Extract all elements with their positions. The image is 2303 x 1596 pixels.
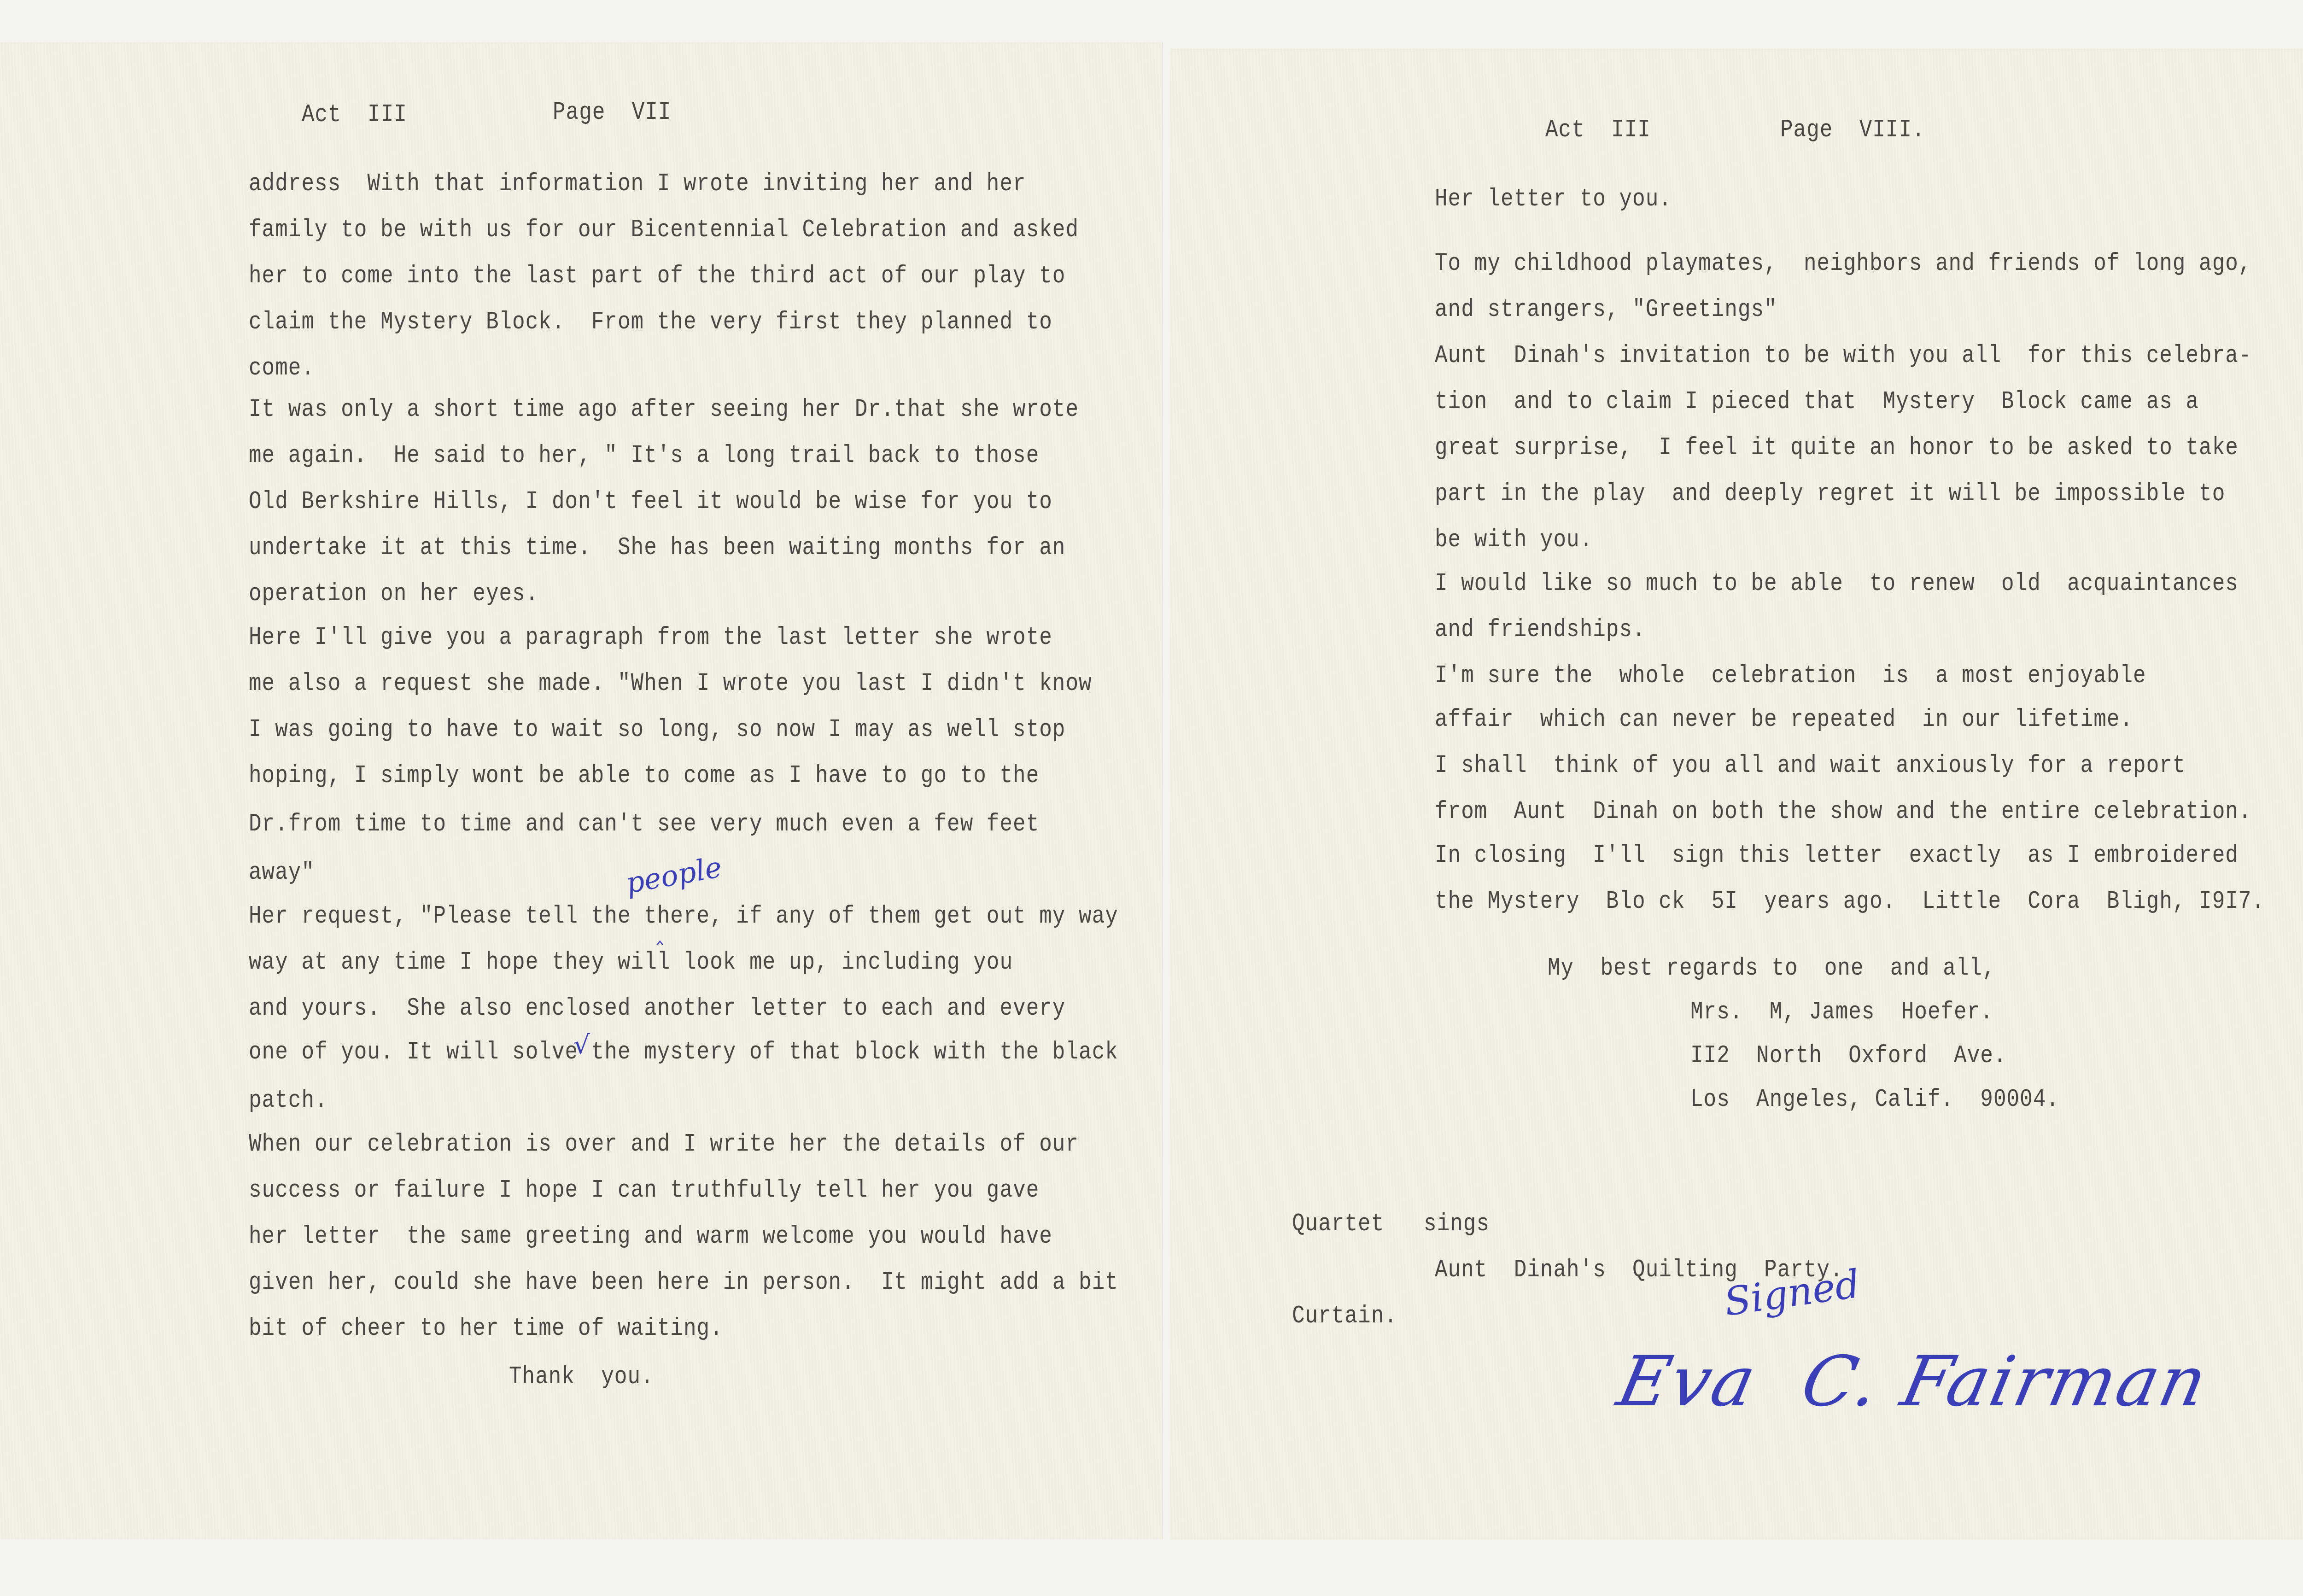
text-line: her letter the same greeting and warm we…	[249, 1224, 1052, 1249]
page-number: Page VII	[553, 100, 671, 125]
text-line: come.	[249, 356, 315, 380]
letter-line: To my childhood playmates, neighbors and…	[1435, 251, 2251, 276]
letter-line: and friendships.	[1435, 617, 1646, 642]
closing-thank-you: Thank you.	[509, 1364, 654, 1389]
text-line: one of you. It will solve the mystery of…	[249, 1040, 1118, 1064]
address-city: Los Angeles, Calif. 90004.	[1690, 1087, 2059, 1112]
letter-line: In closing I'll sign this letter exactly…	[1435, 843, 2239, 868]
letter-line: affair which can never be repeated in ou…	[1435, 707, 2133, 732]
text-line: her to come into the last part of the th…	[249, 263, 1065, 288]
text-line: operation on her eyes.	[249, 581, 538, 606]
letter-line: I would like so much to be able to renew…	[1435, 571, 2239, 596]
text-line: Her request, "Please tell the there, if …	[249, 904, 1118, 929]
text-line: It was only a short time ago after seein…	[249, 397, 1079, 422]
text-line: family to be with us for our Bicentennia…	[249, 217, 1079, 242]
text-line: Dr.from time to time and can't see very …	[249, 812, 1039, 836]
text-line: undertake it at this time. She has been …	[249, 535, 1065, 560]
handwritten-insert-people: people	[624, 853, 724, 898]
letter-line: and strangers, "Greetings"	[1435, 297, 1777, 322]
letter-intro: Her letter to you.	[1435, 187, 1672, 211]
text-line: I was going to have to wait so long, so …	[249, 717, 1065, 742]
text-line: way at any time I hope they will look me…	[249, 950, 1013, 975]
text-line: bit of cheer to her time of waiting.	[249, 1316, 723, 1341]
text-line: away"	[249, 860, 315, 885]
letter-line: be with you.	[1435, 527, 1593, 552]
text-line: Here I'll give you a paragraph from the …	[249, 625, 1052, 650]
act-label: Act III	[302, 102, 407, 127]
text-line: Old Berkshire Hills, I don't feel it wou…	[249, 489, 1052, 514]
text-line: given her, could she have been here in p…	[249, 1270, 1118, 1295]
text-line: address With that information I wrote in…	[249, 171, 1026, 196]
letter-line: tion and to claim I pieced that Mystery …	[1435, 389, 2199, 414]
address-street: II2 North Oxford Ave.	[1690, 1043, 2007, 1068]
letter-line: Aunt Dinah's invitation to be with you a…	[1435, 343, 2251, 368]
letter-line: great surprise, I feel it quite an honor…	[1435, 435, 2239, 460]
text-line: me again. He said to her, " It's a long …	[249, 443, 1039, 468]
left-page: Act III Page VII address With that infor…	[0, 42, 1163, 1539]
regards-line: My best regards to one and all,	[1548, 956, 1996, 981]
text-line: patch.	[249, 1088, 328, 1113]
stage-direction-quartet: Quartet sings	[1292, 1211, 1490, 1236]
letter-line: part in the play and deeply regret it wi…	[1435, 481, 2225, 506]
text-line: When our celebration is over and I write…	[249, 1132, 1079, 1157]
handwritten-check-icon: √	[573, 1033, 590, 1058]
letter-line: I shall think of you all and wait anxiou…	[1435, 753, 2186, 778]
address-name: Mrs. M, James Hoefer.	[1690, 1000, 1993, 1024]
letter-line: the Mystery Blo ck 5I years ago. Little …	[1435, 889, 2265, 914]
letter-line: from Aunt Dinah on both the show and the…	[1435, 799, 2251, 824]
text-line: success or failure I hope I can truthful…	[249, 1178, 1039, 1203]
text-line: and yours. She also enclosed another let…	[249, 996, 1065, 1021]
page-number: Page VIII.	[1780, 117, 1925, 142]
text-line: me also a request she made. "When I wrot…	[249, 671, 1092, 696]
stage-direction-curtain: Curtain.	[1292, 1304, 1397, 1328]
letter-line: I'm sure the whole celebration is a most…	[1435, 663, 2146, 688]
text-line: hoping, I simply wont be able to come as…	[249, 763, 1039, 788]
handwritten-signature: Eva C. Fairman	[1612, 1347, 2214, 1416]
text-line: claim the Mystery Block. From the very f…	[249, 310, 1052, 334]
act-label: Act III	[1545, 117, 1651, 142]
right-page: Act III Page VIII. Her letter to you. To…	[1170, 48, 2303, 1540]
